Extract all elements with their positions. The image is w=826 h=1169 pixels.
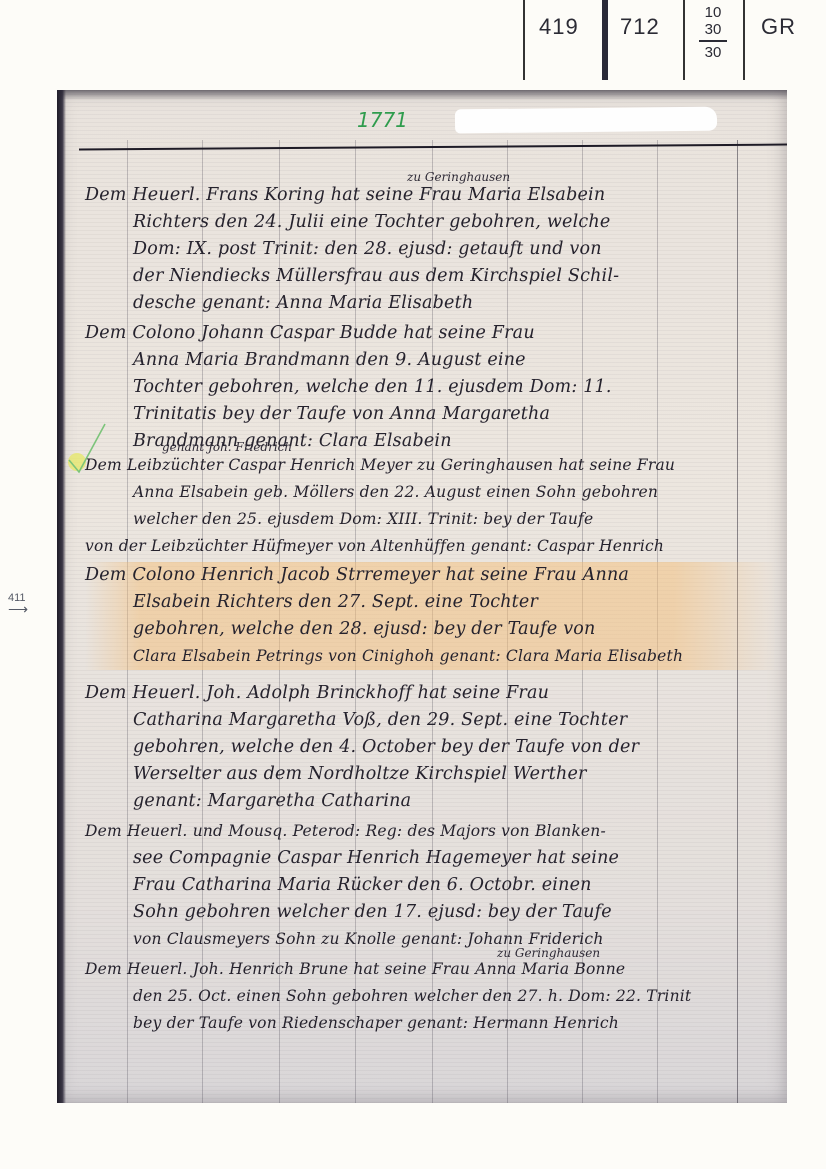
entry-line: Anna Maria Brandmann den 9. August eine xyxy=(85,347,777,374)
entry-line: Tochter gebohren, welche den 11. ejusdem… xyxy=(85,374,777,401)
entry-line: Dem Heuerl. Frans Koring hat seine Frau … xyxy=(85,182,777,209)
fraction-bottom: 30 xyxy=(691,44,735,61)
baptism-entry: Dem Heuerl. Frans Koring hat seine Frau … xyxy=(85,182,777,317)
entry-line: von Clausmeyers Sohn zu Knolle genant: J… xyxy=(85,926,777,953)
entry-line: welcher den 25. ejusdem Dom: XIII. Trini… xyxy=(85,506,777,533)
fraction-top: 10 xyxy=(691,4,735,21)
entry-line: gebohren, welche den 28. ejusd: bey der … xyxy=(85,616,777,643)
entry-line: Dem Heuerl. Joh. Henrich Brune hat seine… xyxy=(85,956,777,983)
entry-line: Richters den 24. Julii eine Tochter gebo… xyxy=(85,209,777,236)
baptism-entry: Dem Colono Johann Caspar Budde hat seine… xyxy=(85,320,777,455)
entry-line: Elsabein Richters den 27. Sept. eine Toc… xyxy=(85,589,777,616)
entry-line: Dem Leibzüchter Caspar Henrich Meyer zu … xyxy=(85,452,777,479)
label-divider xyxy=(683,0,685,80)
correction-tape xyxy=(455,107,717,134)
entry-line: gebohren, welche den 4. October bey der … xyxy=(85,734,777,761)
archive-label: 419 712 10 30 30 GR xyxy=(523,0,826,80)
baptism-entry: Dem Heuerl. und Mousq. Peterod: Reg: des… xyxy=(85,818,777,953)
entry-line: Dem Colono Johann Caspar Budde hat seine… xyxy=(85,320,777,347)
margin-note: 411 ⟶ xyxy=(8,592,28,614)
label-divider xyxy=(743,0,745,80)
label-divider xyxy=(523,0,525,80)
entry-line: see Compagnie Caspar Henrich Hagemeyer h… xyxy=(85,845,777,872)
arrow-right-icon: ⟶ xyxy=(8,604,28,614)
entry-line: Catharina Margaretha Voß, den 29. Sept. … xyxy=(85,707,777,734)
entry-line: genant: Margaretha Catharina xyxy=(85,788,777,815)
entry-line: den 25. Oct. einen Sohn gebohren welcher… xyxy=(85,983,777,1010)
entry-line: Sohn gebohren welcher den 17. ejusd: bey… xyxy=(85,899,777,926)
entry-line: desche genant: Anna Maria Elisabeth xyxy=(85,290,777,317)
register-page: 1771 zu Geringhausen Dem Heuerl. Frans K… xyxy=(57,90,787,1103)
baptism-entry: Dem Heuerl. Joh. Adolph Brinckhoff hat s… xyxy=(85,680,777,815)
entry-line: Dom: IX. post Trinit: den 28. ejusd: get… xyxy=(85,236,777,263)
page-fraction: 10 30 30 xyxy=(691,4,735,61)
entry-line: bey der Taufe von Riedenschaper genant: … xyxy=(85,1010,777,1037)
entry-line: Clara Elsabein Petrings von Cinighoh gen… xyxy=(85,643,777,670)
entry-line: Anna Elsabein geb. Möllers den 22. Augus… xyxy=(85,479,777,506)
baptism-entry-highlighted: Dem Colono Henrich Jacob Strremeyer hat … xyxy=(85,562,777,670)
entry-line: Trinitatis bey der Taufe von Anna Margar… xyxy=(85,401,777,428)
year-annotation: 1771 xyxy=(357,108,408,132)
archive-number: 419 xyxy=(539,14,579,40)
entry-line: von der Leibzüchter Hüfmeyer von Altenhü… xyxy=(85,533,777,560)
archive-code: GR xyxy=(761,14,796,40)
entry-line: Dem Heuerl. Joh. Adolph Brinckhoff hat s… xyxy=(85,680,777,707)
header-rule xyxy=(79,144,787,151)
entry-line: der Niendiecks Müllersfrau aus dem Kirch… xyxy=(85,263,777,290)
fraction-middle: 30 xyxy=(691,21,735,38)
entry-line: Werselter aus dem Nordholtze Kirchspiel … xyxy=(85,761,777,788)
baptism-entry: Dem Leibzüchter Caspar Henrich Meyer zu … xyxy=(85,452,777,560)
volume-number: 712 xyxy=(620,14,660,40)
entry-line: Frau Catharina Maria Rücker den 6. Octob… xyxy=(85,872,777,899)
label-divider-thick xyxy=(602,0,608,80)
entry-line: Dem Colono Henrich Jacob Strremeyer hat … xyxy=(85,562,777,589)
baptism-entry: Dem Heuerl. Joh. Henrich Brune hat seine… xyxy=(85,956,777,1037)
entry-line: Dem Heuerl. und Mousq. Peterod: Reg: des… xyxy=(85,818,777,845)
fraction-bar xyxy=(699,40,727,42)
